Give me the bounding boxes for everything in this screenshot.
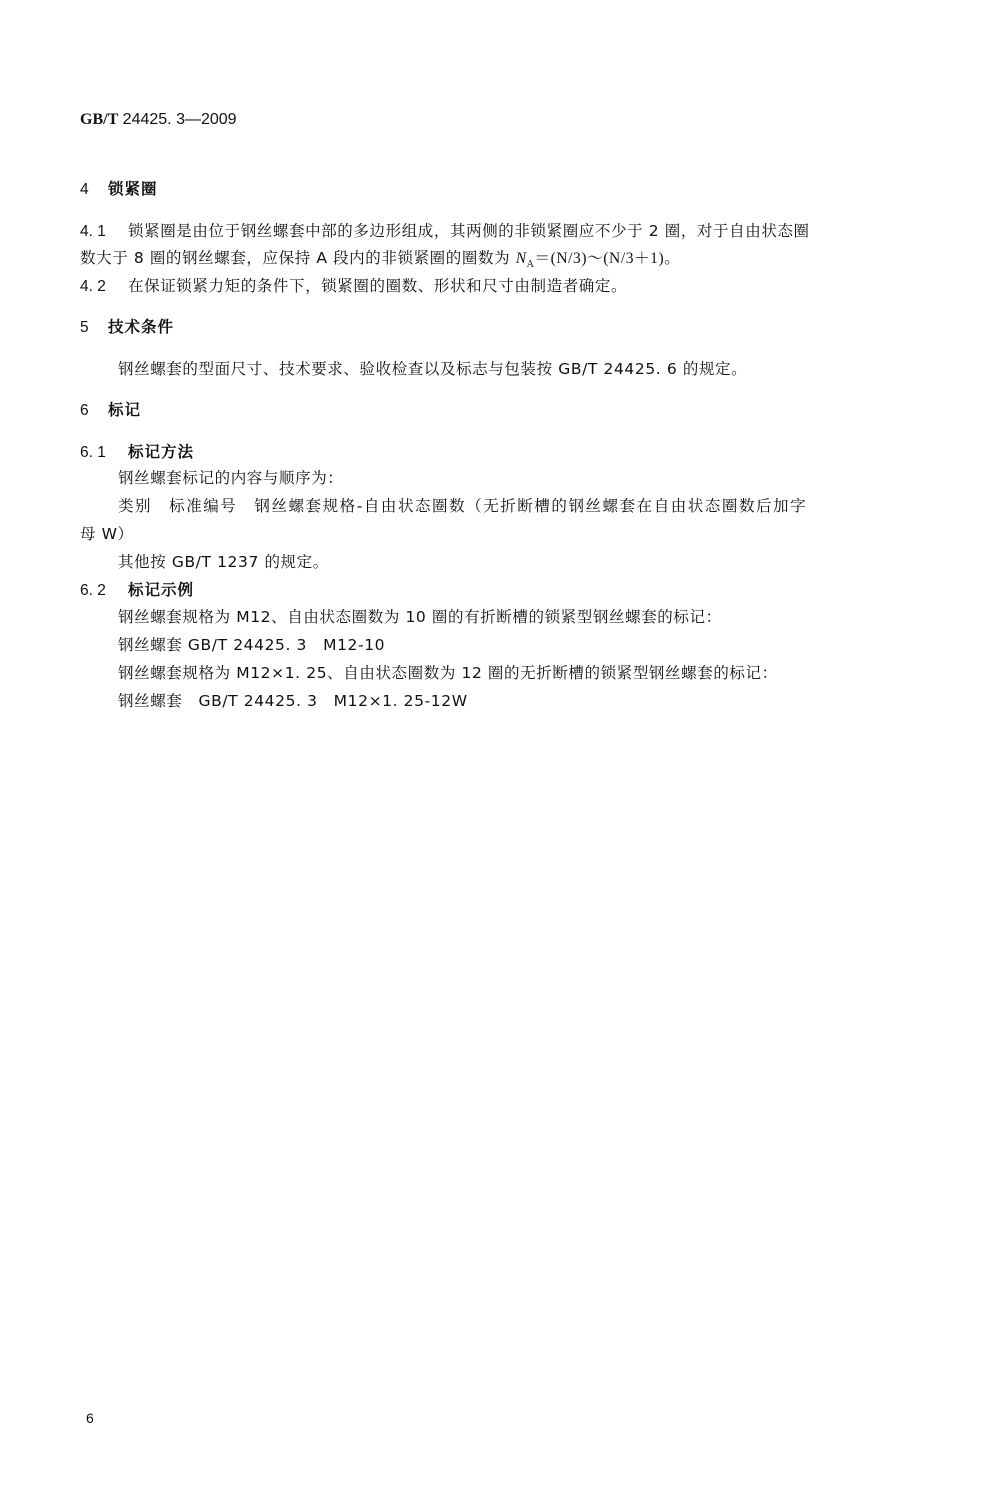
section-number: 6 [80, 402, 108, 420]
subsection-title: 标记示例 [128, 581, 194, 599]
subsection-6-1-line-1: 钢丝螺套标记的内容与顺序为： [118, 466, 343, 488]
clause-text: 在保证锁紧力矩的条件下，锁紧圈的圈数、形状和尺寸由制造者确定。 [128, 277, 627, 295]
example-1-marking: 钢丝螺套 GB/T 24425. 3 M12-10 [118, 633, 385, 655]
page-number: 6 [86, 1410, 94, 1426]
paragraph-text: 钢丝螺套标记的内容与顺序为： [118, 469, 343, 487]
clause-text: 锁紧圈是由位于钢丝螺套中部的多边形组成，其两侧的非锁紧圈应不少于 2 圈，对于自… [128, 222, 810, 240]
clause-4-1-line-1: 4. 1锁紧圈是由位于钢丝螺套中部的多边形组成，其两侧的非锁紧圈应不少于 2 圈… [80, 219, 810, 241]
section-6-heading: 6标记 [80, 398, 141, 420]
subsection-title: 标记方法 [128, 443, 194, 461]
subsection-number: 6. 2 [80, 582, 128, 600]
standard-code-header: GB/T 24425. 3—2009 [80, 111, 237, 129]
section-title: 标记 [108, 401, 141, 419]
clause-4-1-line-2: 数大于 8 圈的钢丝螺套，应保持 A 段内的非锁紧圈的圈数为 NA＝(N/3)～… [80, 246, 680, 270]
paragraph-text: 类别 标准编号 钢丝螺套规格-自由状态圈数（无折断槽的钢丝螺套在自由状态圈数后加… [118, 497, 807, 515]
paragraph-text: 钢丝螺套规格为 M12×1. 25、自由状态圈数为 12 圈的无折断槽的锁紧型钢… [118, 664, 778, 682]
paragraph-text: 其他按 GB/T 1237 的规定。 [118, 553, 329, 571]
paragraph-text: 母 W） [80, 525, 134, 543]
example-2-description: 钢丝螺套规格为 M12×1. 25、自由状态圈数为 12 圈的无折断槽的锁紧型钢… [118, 661, 778, 683]
subsection-6-1-heading: 6. 1标记方法 [80, 440, 194, 462]
subsection-6-1-line-2: 类别 标准编号 钢丝螺套规格-自由状态圈数（无折断槽的钢丝螺套在自由状态圈数后加… [118, 494, 807, 516]
section-5-text: 钢丝螺套的型面尺寸、技术要求、验收检查以及标志与包装按 GB/T 24425. … [118, 357, 747, 379]
example-2-marking: 钢丝螺套 GB/T 24425. 3 M12×1. 25-12W [118, 689, 468, 711]
example-1-description: 钢丝螺套规格为 M12、自由状态圈数为 10 圈的有折断槽的锁紧型钢丝螺套的标记… [118, 605, 722, 627]
marking-text: 钢丝螺套 GB/T 24425. 3 M12×1. 25-12W [118, 692, 468, 710]
formula-expression: ＝(N/3)～(N/3＋1)。 [534, 250, 680, 267]
paragraph-text: 钢丝螺套的型面尺寸、技术要求、验收检查以及标志与包装按 GB/T 24425. … [118, 360, 747, 378]
section-number: 4 [80, 181, 108, 199]
section-4-heading: 4锁紧圈 [80, 177, 158, 199]
subsection-6-1-line-4: 其他按 GB/T 1237 的规定。 [118, 550, 329, 572]
formula-variable: N [516, 250, 527, 267]
section-title: 锁紧圈 [108, 180, 158, 198]
section-5-heading: 5技术条件 [80, 315, 174, 337]
standard-code-prefix: GB/T [80, 111, 118, 128]
section-title: 技术条件 [108, 318, 174, 336]
clause-text: 数大于 8 圈的钢丝螺套，应保持 A 段内的非锁紧圈的圈数为 [80, 249, 516, 267]
clause-4-2: 4. 2在保证锁紧力矩的条件下，锁紧圈的圈数、形状和尺寸由制造者确定。 [80, 274, 627, 296]
subsection-number: 6. 1 [80, 444, 128, 462]
paragraph-text: 钢丝螺套规格为 M12、自由状态圈数为 10 圈的有折断槽的锁紧型钢丝螺套的标记… [118, 608, 722, 626]
section-number: 5 [80, 319, 108, 337]
subsection-6-2-heading: 6. 2标记示例 [80, 578, 194, 600]
clause-number: 4. 2 [80, 278, 128, 296]
subsection-6-1-line-3: 母 W） [80, 522, 134, 544]
standard-code-number: 24425. 3—2009 [118, 111, 236, 128]
clause-number: 4. 1 [80, 223, 128, 241]
marking-text: 钢丝螺套 GB/T 24425. 3 M12-10 [118, 636, 385, 654]
